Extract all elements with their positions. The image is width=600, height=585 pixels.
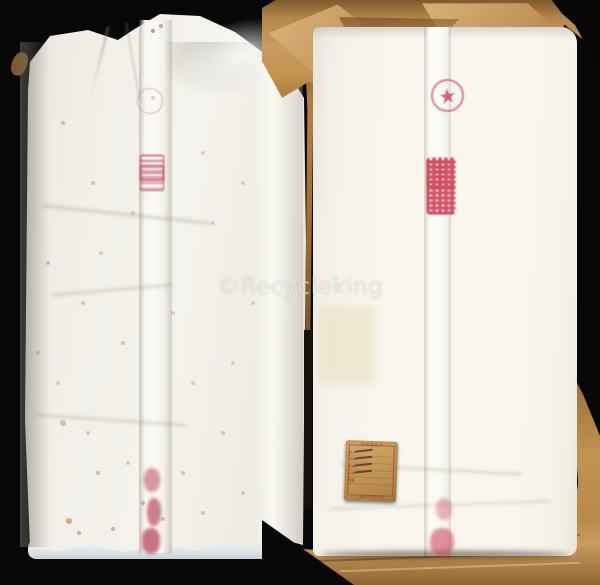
handwriting-mark xyxy=(354,470,372,474)
label-footer: 安徽省涇縣宣紙廠 xyxy=(344,494,396,501)
product-label: 宣紙產品卡 品名 規格 重量 張數 檢驗 安徽省涇縣宣紙廠 xyxy=(344,440,398,502)
red-ink-smear xyxy=(430,528,454,556)
watermark-text: ©Recycleking xyxy=(0,274,600,300)
red-ink-smear xyxy=(142,528,160,554)
gap-shadow-line xyxy=(304,330,312,510)
handwriting-mark xyxy=(354,463,372,467)
star-icon: ★ xyxy=(437,84,458,106)
left-bundle-right-highlight xyxy=(253,58,303,543)
label-row: 檢驗 xyxy=(348,477,392,486)
red-ink-smear xyxy=(147,498,161,526)
handwriting-mark xyxy=(355,449,373,453)
red-ink-smear xyxy=(436,498,452,520)
handwriting-mark xyxy=(354,456,372,460)
beige-stain-patch xyxy=(318,306,376,384)
foxing-spots xyxy=(0,0,2,2)
photo-scene: ★ 宣紙產品卡 品名 規格 重量 張數 檢驗 安徽省涇縣宣紙廠 ©Recycle… xyxy=(0,0,600,585)
red-ink-smear xyxy=(144,468,160,492)
